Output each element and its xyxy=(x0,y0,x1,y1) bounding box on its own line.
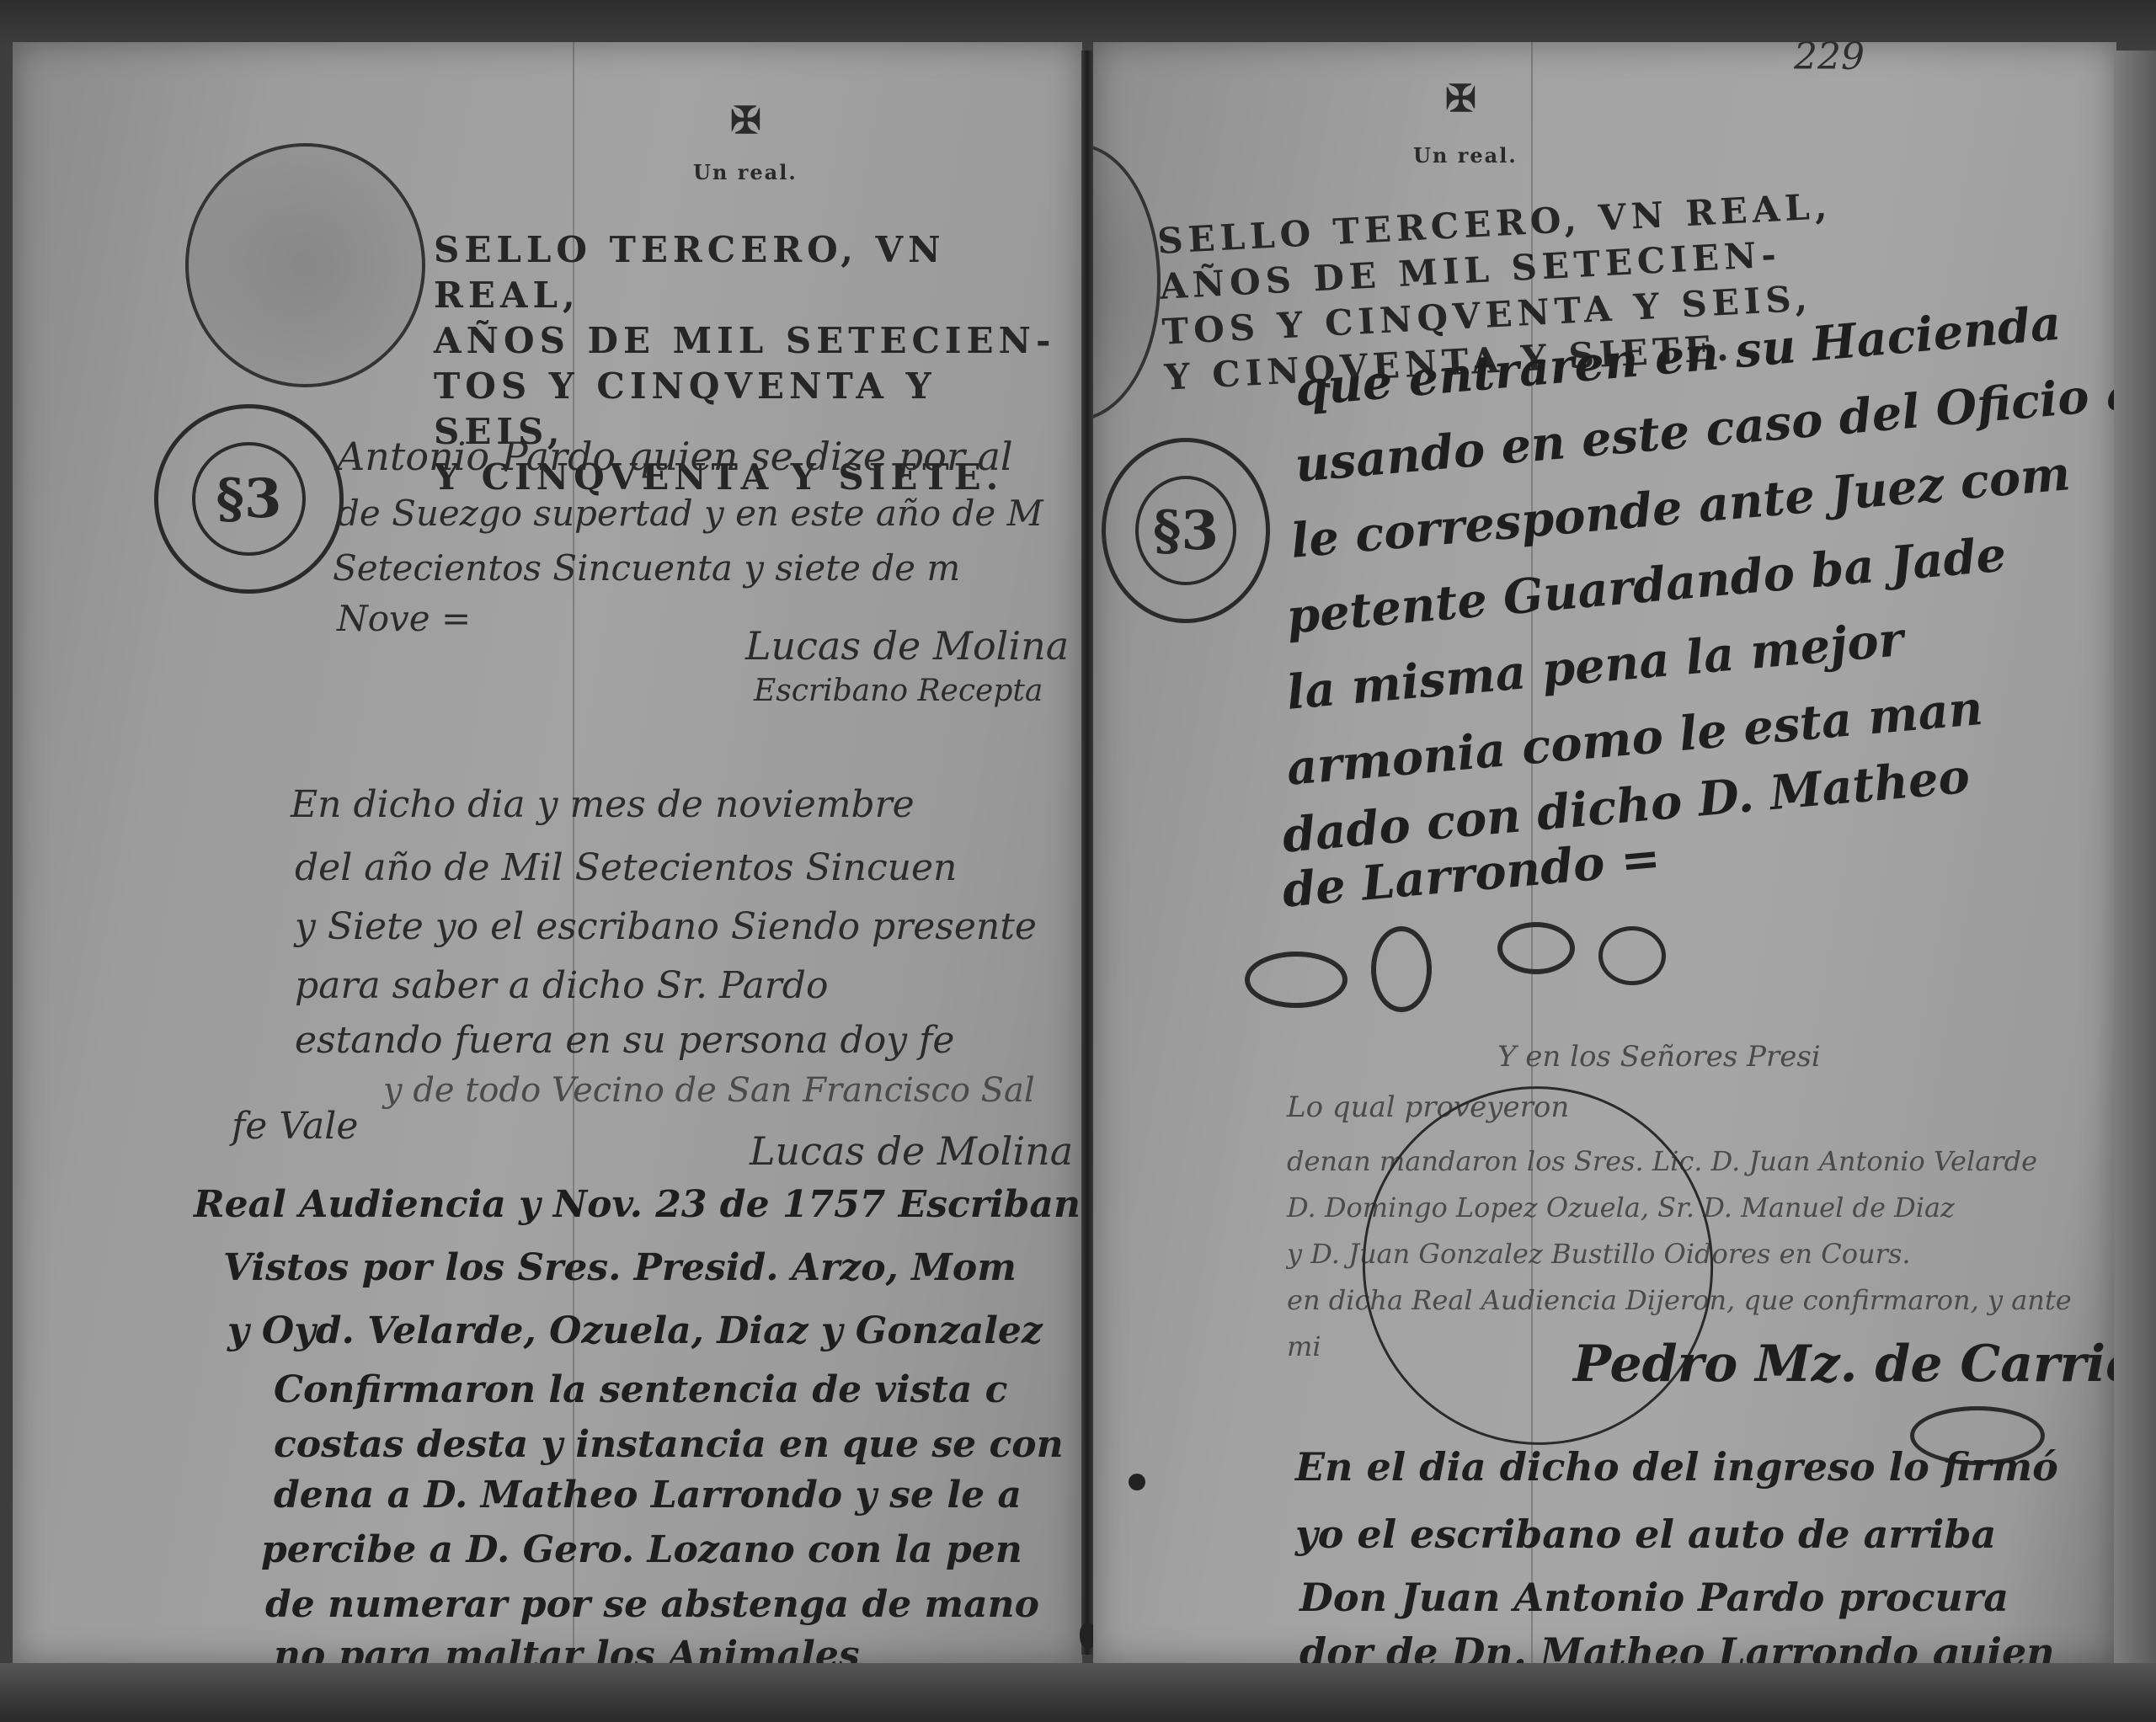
signature-lucas-molina: Lucas de Molina xyxy=(750,1128,1073,1174)
handwritten-line: En el dia dicho del ingreso lo firmó xyxy=(1295,1444,2058,1490)
handwritten-line: de numerar por se abstenga de mano xyxy=(265,1583,1039,1626)
handwritten-line: Antonio Pardo quien se dize por al xyxy=(337,434,1013,479)
cross-mark-icon: ✠ xyxy=(1445,77,1476,120)
signature-pedro-carriedo: Pedro Mz. de Carriedo xyxy=(1573,1335,2116,1394)
rubric-flourish-icon xyxy=(1598,926,1666,985)
handwritten-line: Vistos por los Sres. Presid. Arzo, Mom xyxy=(223,1246,1017,1289)
handwritten-line: de Suezgo supertad y en este año de M xyxy=(337,493,1043,534)
signature-flourish-icon xyxy=(1339,1064,1736,1468)
royal-seal-icon xyxy=(185,143,425,387)
handwritten-line: y Siete yo el escribano Siendo presente xyxy=(295,905,1037,948)
habilitation-seal: §3 xyxy=(1102,438,1270,623)
handwritten-line: Real Audiencia y Nov. 23 de 1757 Escriba… xyxy=(194,1183,1082,1226)
handwritten-line: En dicho dia y mes de noviembre xyxy=(291,783,915,826)
scanner-bottom-shadow xyxy=(0,1663,2156,1722)
header-line: SELLO TERCERO, VN REAL, xyxy=(434,227,1082,318)
rubric-flourish-icon xyxy=(1497,922,1575,974)
handwritten-line: Y en los Señores Presi xyxy=(1497,1040,1821,1074)
handwritten-line: estando fuera en su persona doy fe xyxy=(295,1019,954,1062)
rubric-flourish-icon xyxy=(1371,926,1432,1012)
habilitation-seal: §3 xyxy=(154,404,344,594)
handwritten-line: Don Juan Antonio Pardo procura xyxy=(1299,1575,2009,1620)
handwritten-line: Escribano Recepta xyxy=(754,674,1043,708)
handwritten-line: costas desta y instancia en que se con xyxy=(274,1423,1064,1466)
handwritten-line: no para maltar los Animales xyxy=(274,1634,860,1663)
handwritten-line: fe Vale xyxy=(232,1105,358,1148)
handwritten-line: y Oyd. Velarde, Ozuela, Diaz y Gonzalez xyxy=(227,1309,1043,1352)
handwritten-line: para saber a dicho Sr. Pardo xyxy=(295,964,828,1007)
cross-mark-icon: ✠ xyxy=(730,99,761,142)
next-leaf-edge xyxy=(2114,51,2156,1676)
stamp-value-label: Un real. xyxy=(1413,143,1518,168)
binding-gutter xyxy=(1081,51,1093,1655)
handwritten-line: del año de Mil Setecientos Sincuen xyxy=(295,846,957,889)
royal-seal-icon xyxy=(1093,143,1161,421)
signature-lucas-molina: Lucas de Molina xyxy=(745,623,1069,669)
handwritten-line: Nove = xyxy=(337,598,471,639)
folio-number: 229 xyxy=(1794,35,1865,78)
handwritten-line: percibe a D. Gero. Lozano con la pen xyxy=(261,1528,1022,1571)
handwritten-line: dor de Dn. Matheo Larrondo quien xyxy=(1299,1629,2055,1663)
header-line: AÑOS DE MIL SETECIEN- xyxy=(434,318,1082,364)
handwritten-line: Setecientos Sincuenta y siete de m xyxy=(333,547,960,589)
left-page: ✠ Un real. SELLO TERCERO, VN REAL, AÑOS … xyxy=(13,42,1082,1663)
rubric-flourish-icon xyxy=(1245,952,1347,1008)
handwritten-line: y de todo Vecino de San Francisco Sal xyxy=(383,1071,1035,1110)
stamp-value-label: Un real. xyxy=(693,160,798,184)
seal-center: §3 xyxy=(192,442,306,556)
handwritten-line: dena a D. Matheo Larrondo y se le a xyxy=(274,1474,1022,1517)
handwritten-line: yo el escribano el auto de arriba xyxy=(1295,1511,1996,1557)
handwritten-line: mi xyxy=(1287,1330,1321,1362)
handwritten-line: Confirmaron la sentencia de vista c xyxy=(274,1368,1007,1411)
ink-blot xyxy=(1129,1474,1145,1490)
seal-center: §3 xyxy=(1135,476,1236,585)
right-page: ✠ Un real. SELLO TERCERO, VN REAL, AÑOS … xyxy=(1093,42,2116,1663)
